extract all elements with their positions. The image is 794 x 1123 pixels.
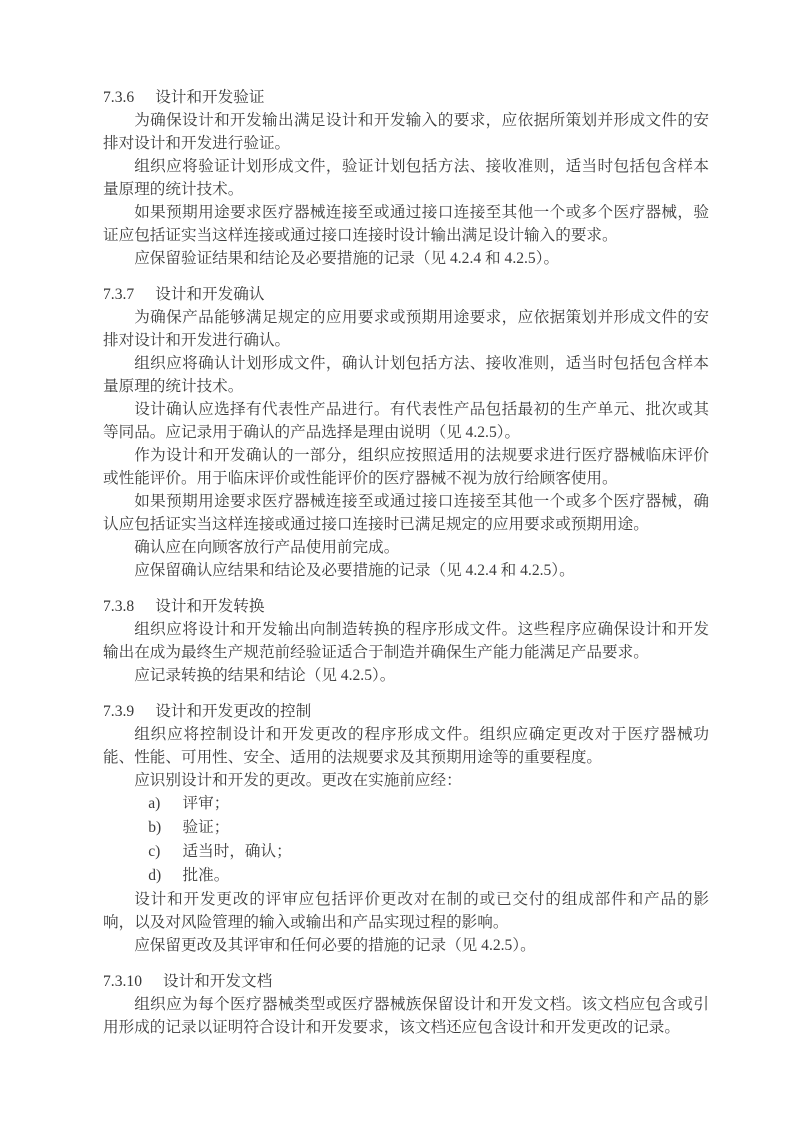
- change-steps-list: a)评审； b)验证； c)适当时，确认； d)批准。: [103, 792, 709, 888]
- document-content: 7.3.6 设计和开发验证 为确保设计和开发输出满足设计和开发输入的要求，应依据…: [103, 86, 709, 1039]
- paragraph: 应识别设计和开发的更改。更改在实施前应经：: [103, 769, 709, 792]
- paragraph: 应保留验证结果和结论及必要措施的记录（见 4.2.4 和 4.2.5）。: [103, 247, 709, 270]
- section-title: 设计和开发验证: [155, 89, 264, 106]
- list-item: a)评审；: [103, 792, 709, 816]
- list-marker: b): [148, 816, 182, 840]
- section-heading: 7.3.9 设计和开发更改的控制: [103, 700, 709, 723]
- paragraph: 组织应将确认计划形成文件，确认计划包括方法、接收准则，适当时包括包含样本量原理的…: [103, 352, 709, 398]
- section-number: 7.3.9: [103, 703, 134, 720]
- paragraph: 设计确认应选择有代表性产品进行。有代表性产品包括最初的生产单元、批次或其等同品。…: [103, 398, 709, 444]
- section-7-3-7: 7.3.7 设计和开发确认 为确保产品能够满足规定的应用要求或预期用途要求，应依…: [103, 283, 709, 582]
- section-7-3-8: 7.3.8 设计和开发转换 组织应将设计和开发输出向制造转换的程序形成文件。这些…: [103, 595, 709, 687]
- list-item: c)适当时，确认；: [103, 840, 709, 864]
- list-item-text: 批准。: [183, 867, 230, 884]
- section-number: 7.3.7: [103, 286, 134, 303]
- paragraph: 作为设计和开发确认的一部分，组织应按照适用的法规要求进行医疗器械临床评价或性能评…: [103, 444, 709, 490]
- section-title: 设计和开发转换: [155, 598, 264, 615]
- paragraph: 组织应为每个医疗器械类型或医疗器械族保留设计和开发文档。该文档应包含或引用形成的…: [103, 993, 709, 1039]
- paragraph: 组织应将设计和开发输出向制造转换的程序形成文件。这些程序应确保设计和开发输出在成…: [103, 618, 709, 664]
- list-item: b)验证；: [103, 816, 709, 840]
- paragraph: 确认应在向顾客放行产品使用前完成。: [103, 536, 709, 559]
- list-item: d)批准。: [103, 864, 709, 888]
- paragraph: 设计和开发更改的评审应包括评价更改对在制的或已交付的组成部件和产品的影响，以及对…: [103, 888, 709, 934]
- list-marker: a): [148, 792, 182, 816]
- list-item-text: 适当时，确认；: [183, 843, 292, 860]
- paragraph: 应保留确认应结果和结论及必要措施的记录（见 4.2.4 和 4.2.5）。: [103, 559, 709, 582]
- list-marker: c): [148, 840, 182, 864]
- section-heading: 7.3.8 设计和开发转换: [103, 595, 709, 618]
- section-heading: 7.3.6 设计和开发验证: [103, 86, 709, 109]
- list-item-text: 验证；: [183, 819, 230, 836]
- paragraph: 如果预期用途要求医疗器械连接至或通过接口连接至其他一个或多个医疗器械，验证应包括…: [103, 201, 709, 247]
- list-marker: d): [148, 864, 182, 888]
- section-title: 设计和开发更改的控制: [155, 703, 311, 720]
- paragraph: 组织应将验证计划形成文件，验证计划包括方法、接收准则，适当时包括包含样本量原理的…: [103, 155, 709, 201]
- paragraph: 为确保产品能够满足规定的应用要求或预期用途要求，应依据策划并形成文件的安排对设计…: [103, 306, 709, 352]
- section-title: 设计和开发文档: [163, 973, 272, 990]
- section-number: 7.3.10: [103, 973, 142, 990]
- section-7-3-9: 7.3.9 设计和开发更改的控制 组织应将控制设计和开发更改的程序形成文件。组织…: [103, 700, 709, 957]
- list-item-text: 评审；: [183, 795, 230, 812]
- section-heading: 7.3.7 设计和开发确认: [103, 283, 709, 306]
- section-number: 7.3.6: [103, 89, 134, 106]
- paragraph: 如果预期用途要求医疗器械连接至或通过接口连接至其他一个或多个医疗器械，确认应包括…: [103, 490, 709, 536]
- section-number: 7.3.8: [103, 598, 134, 615]
- paragraph: 应保留更改及其评审和任何必要的措施的记录（见 4.2.5）。: [103, 934, 709, 957]
- section-title: 设计和开发确认: [155, 286, 264, 303]
- section-7-3-10: 7.3.10 设计和开发文档 组织应为每个医疗器械类型或医疗器械族保留设计和开发…: [103, 970, 709, 1039]
- paragraph: 为确保设计和开发输出满足设计和开发输入的要求，应依据所策划并形成文件的安排对设计…: [103, 109, 709, 155]
- paragraph: 组织应将控制设计和开发更改的程序形成文件。组织应确定更改对于医疗器械功能、性能、…: [103, 723, 709, 769]
- section-heading: 7.3.10 设计和开发文档: [103, 970, 709, 993]
- paragraph: 应记录转换的结果和结论（见 4.2.5）。: [103, 664, 709, 687]
- section-7-3-6: 7.3.6 设计和开发验证 为确保设计和开发输出满足设计和开发输入的要求，应依据…: [103, 86, 709, 270]
- document-page: 7.3.6 设计和开发验证 为确保设计和开发输出满足设计和开发输入的要求，应依据…: [0, 0, 794, 1123]
